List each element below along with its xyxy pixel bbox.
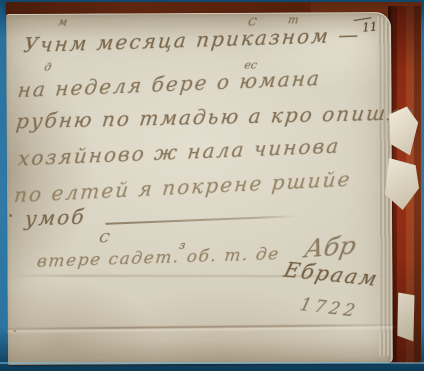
photo-frame: 11 Учнм месяца приказном — на неделя бер… <box>0 0 424 371</box>
superscript-mark: д <box>43 61 52 74</box>
manuscript-page: 11 Учнм месяца приказном — на неделя бер… <box>6 12 393 365</box>
signature-name: Ебраам <box>281 258 381 291</box>
handwriting-line: умоб <box>24 205 87 231</box>
handwriting-line: по елтей я покрене ршийе <box>13 167 353 207</box>
folio-number: 11 <box>361 20 377 35</box>
handwriting-line: на неделя бере о юмана <box>17 66 323 102</box>
superscript-mark: т <box>287 13 300 26</box>
handwriting-line: втере садет. об. т. де <box>36 244 281 272</box>
superscript-mark: м <box>57 16 68 29</box>
handwriting-line: хозяйново ж нала чинова <box>17 134 342 171</box>
superscript-mark: С <box>98 231 111 246</box>
handwriting-line: рубню по тмадью а кро опишле <box>15 100 417 133</box>
paper-crease <box>8 324 393 330</box>
signature-flourish: Абр <box>302 230 358 263</box>
ink-speck <box>14 330 16 332</box>
ink-rule <box>105 215 297 225</box>
year-text: 1722 <box>298 295 361 322</box>
superscript-mark: ес <box>243 59 258 72</box>
ink-speck <box>9 214 12 217</box>
handwriting-line: Учнм месяца приказном — <box>22 23 361 58</box>
